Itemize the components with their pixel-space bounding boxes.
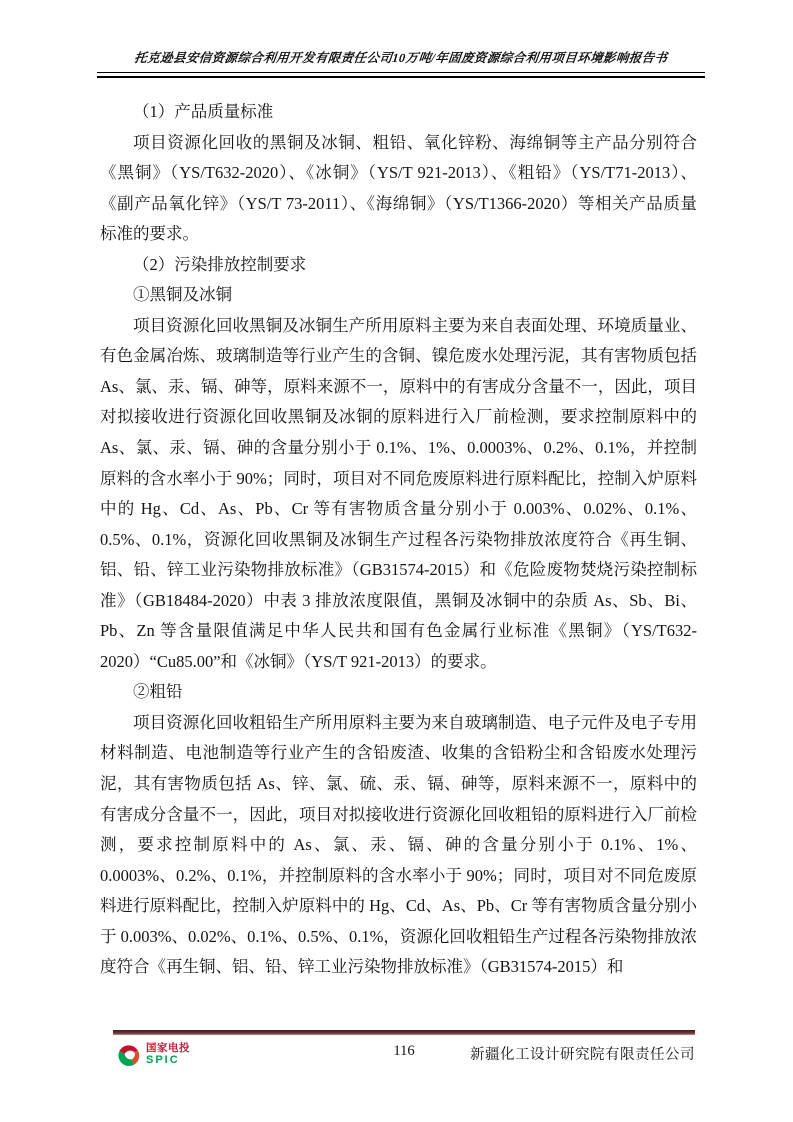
page-footer: 国家电投 SPIC 116 新疆化工设计研究院有限责任公司 <box>113 1030 695 1076</box>
header-rule <box>97 72 705 78</box>
document-body: （1）产品质量标准项目资源化回收的黑铜及冰铜、粗铅、氧化锌粉、海绵铜等主产品分别… <box>100 97 697 983</box>
document-page: 托克逊县安信资源综合利用开发有限责任公司10万吨/年固废资源综合利用项目环境影响… <box>0 0 793 1122</box>
footer-rule <box>113 1030 695 1035</box>
logo-brand-en: SPIC <box>146 1055 190 1066</box>
spic-logo: 国家电投 SPIC <box>115 1041 190 1068</box>
header-title: 托克逊县安信资源综合利用开发有限责任公司10万吨/年固废资源综合利用项目环境影响… <box>96 48 706 66</box>
spic-logo-text: 国家电投 SPIC <box>146 1043 190 1066</box>
body-paragraph: ①黑铜及冰铜 <box>100 280 697 311</box>
footer-company: 新疆化工设计研究院有限责任公司 <box>470 1043 695 1064</box>
footer-row: 国家电投 SPIC 116 新疆化工设计研究院有限责任公司 <box>113 1040 695 1076</box>
body-paragraph: （1）产品质量标准 <box>100 97 697 128</box>
body-paragraph: （2）污染排放控制要求 <box>100 250 697 281</box>
page-number: 116 <box>393 1043 414 1060</box>
page-header: 托克逊县安信资源综合利用开发有限责任公司10万吨/年固废资源综合利用项目环境影响… <box>97 48 705 78</box>
logo-brand-cn: 国家电投 <box>146 1043 190 1054</box>
body-paragraph: 项目资源化回收黑铜及冰铜生产所用原料主要为来自表面处理、环境质量业、有色金属冶炼… <box>100 311 697 678</box>
spic-swirl-icon <box>115 1041 142 1068</box>
body-paragraph: ②粗铅 <box>100 677 697 708</box>
body-paragraph: 项目资源化回收的黑铜及冰铜、粗铅、氧化锌粉、海绵铜等主产品分别符合《黑铜》（YS… <box>100 128 697 250</box>
body-paragraph: 项目资源化回收粗铅生产所用原料主要为来自玻璃制造、电子元件及电子专用材料制造、电… <box>100 708 697 983</box>
